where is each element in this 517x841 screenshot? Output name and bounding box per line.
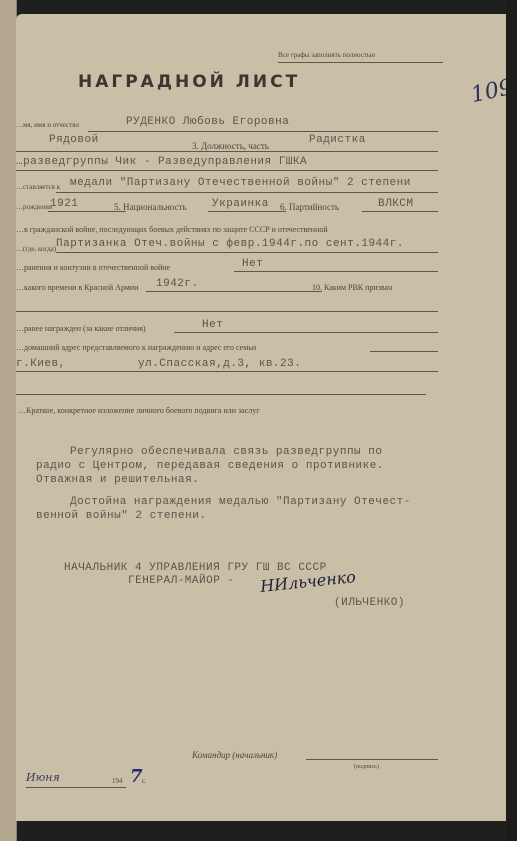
date-year-prefix: 194	[112, 777, 123, 785]
fill-note: Все графы заполнять полностью	[278, 51, 375, 59]
body-line-4: Достойна награждения медалью "Партизану …	[70, 496, 411, 508]
unit-value: …разведгруппы Чик - Разведуправления ГШК…	[16, 156, 307, 168]
date-month: Июня	[26, 771, 60, 784]
address-label: …домашний адрес представляемого к награж…	[16, 343, 256, 352]
name-value: РУДЕНКО Любовь Егоровна	[126, 116, 289, 128]
rvk-label: 10. Каким РВК призван	[312, 283, 392, 292]
signatory-rank: ГЕНЕРАЛ-МАЙОР -	[128, 575, 235, 587]
army-value: 1942г.	[156, 278, 199, 290]
body-line-2: радио с Центром, передавая сведения о пр…	[36, 460, 384, 472]
award-value: медали "Партизану Отечественной войны" 2…	[70, 177, 411, 189]
awards-label: …ранее награжден (за какие отличия)	[16, 324, 146, 333]
nationality-label: 5. Национальность	[114, 202, 187, 212]
war-value: Партизанка Отеч.войны с февр.1944г.по се…	[56, 238, 404, 250]
page-title: НАГРАДНОЙ ЛИСТ	[78, 72, 300, 92]
body-line-3: Отважная и решительная.	[36, 474, 199, 486]
rank-value: Рядовой	[49, 134, 99, 146]
party-value: ВЛКСМ	[378, 198, 414, 210]
body-line-5: венной войны" 2 степени.	[36, 510, 206, 522]
signatory-name: (ИЛЬЧЕНКО)	[334, 597, 405, 609]
birth-value: 1921	[50, 198, 78, 210]
scan-border	[506, 0, 517, 841]
date-suffix: г.	[142, 777, 146, 785]
address-value: ул.Спасская,д.3, кв.23.	[138, 358, 301, 370]
army-label: …какого времени в Красной Армии	[16, 283, 138, 292]
body-line-1: Регулярно обеспечивала связь разведгрупп…	[70, 446, 382, 458]
party-label: 6. Партийность	[280, 202, 339, 212]
wounds-label: …ранения и контузии в отечественной войн…	[16, 263, 170, 272]
name-label: …мя, имя и отчество	[16, 121, 79, 129]
award-label: …ставляется к	[16, 183, 60, 191]
position-value: Радистка	[309, 134, 366, 146]
award-sheet-page: Все графы заполнять полностью НАГРАДНОЙ …	[16, 14, 506, 821]
war-label: …в гражданской войне, последующих боевых…	[16, 225, 328, 234]
war-label-2: …(где, когда)	[16, 245, 56, 253]
birth-label: …рождения	[16, 203, 52, 211]
position-label: 3. Должность, часть	[192, 141, 269, 151]
date-year-digit: 7	[130, 766, 143, 787]
binding-edge	[0, 0, 17, 841]
sign-label: (подпись)	[354, 764, 379, 770]
awards-value: Нет	[202, 319, 223, 331]
address-city: г.Киев,	[16, 358, 66, 370]
nationality-value: Украинка	[212, 198, 269, 210]
commander-label: Командир (начальник)	[192, 750, 277, 760]
section-label: …Краткое, конкретное изложение личного б…	[18, 406, 260, 415]
signatory-title: НАЧАЛЬНИК 4 УПРАВЛЕНИЯ ГРУ ГШ ВС СССР	[64, 562, 327, 574]
wounds-value: Нет	[242, 258, 263, 270]
